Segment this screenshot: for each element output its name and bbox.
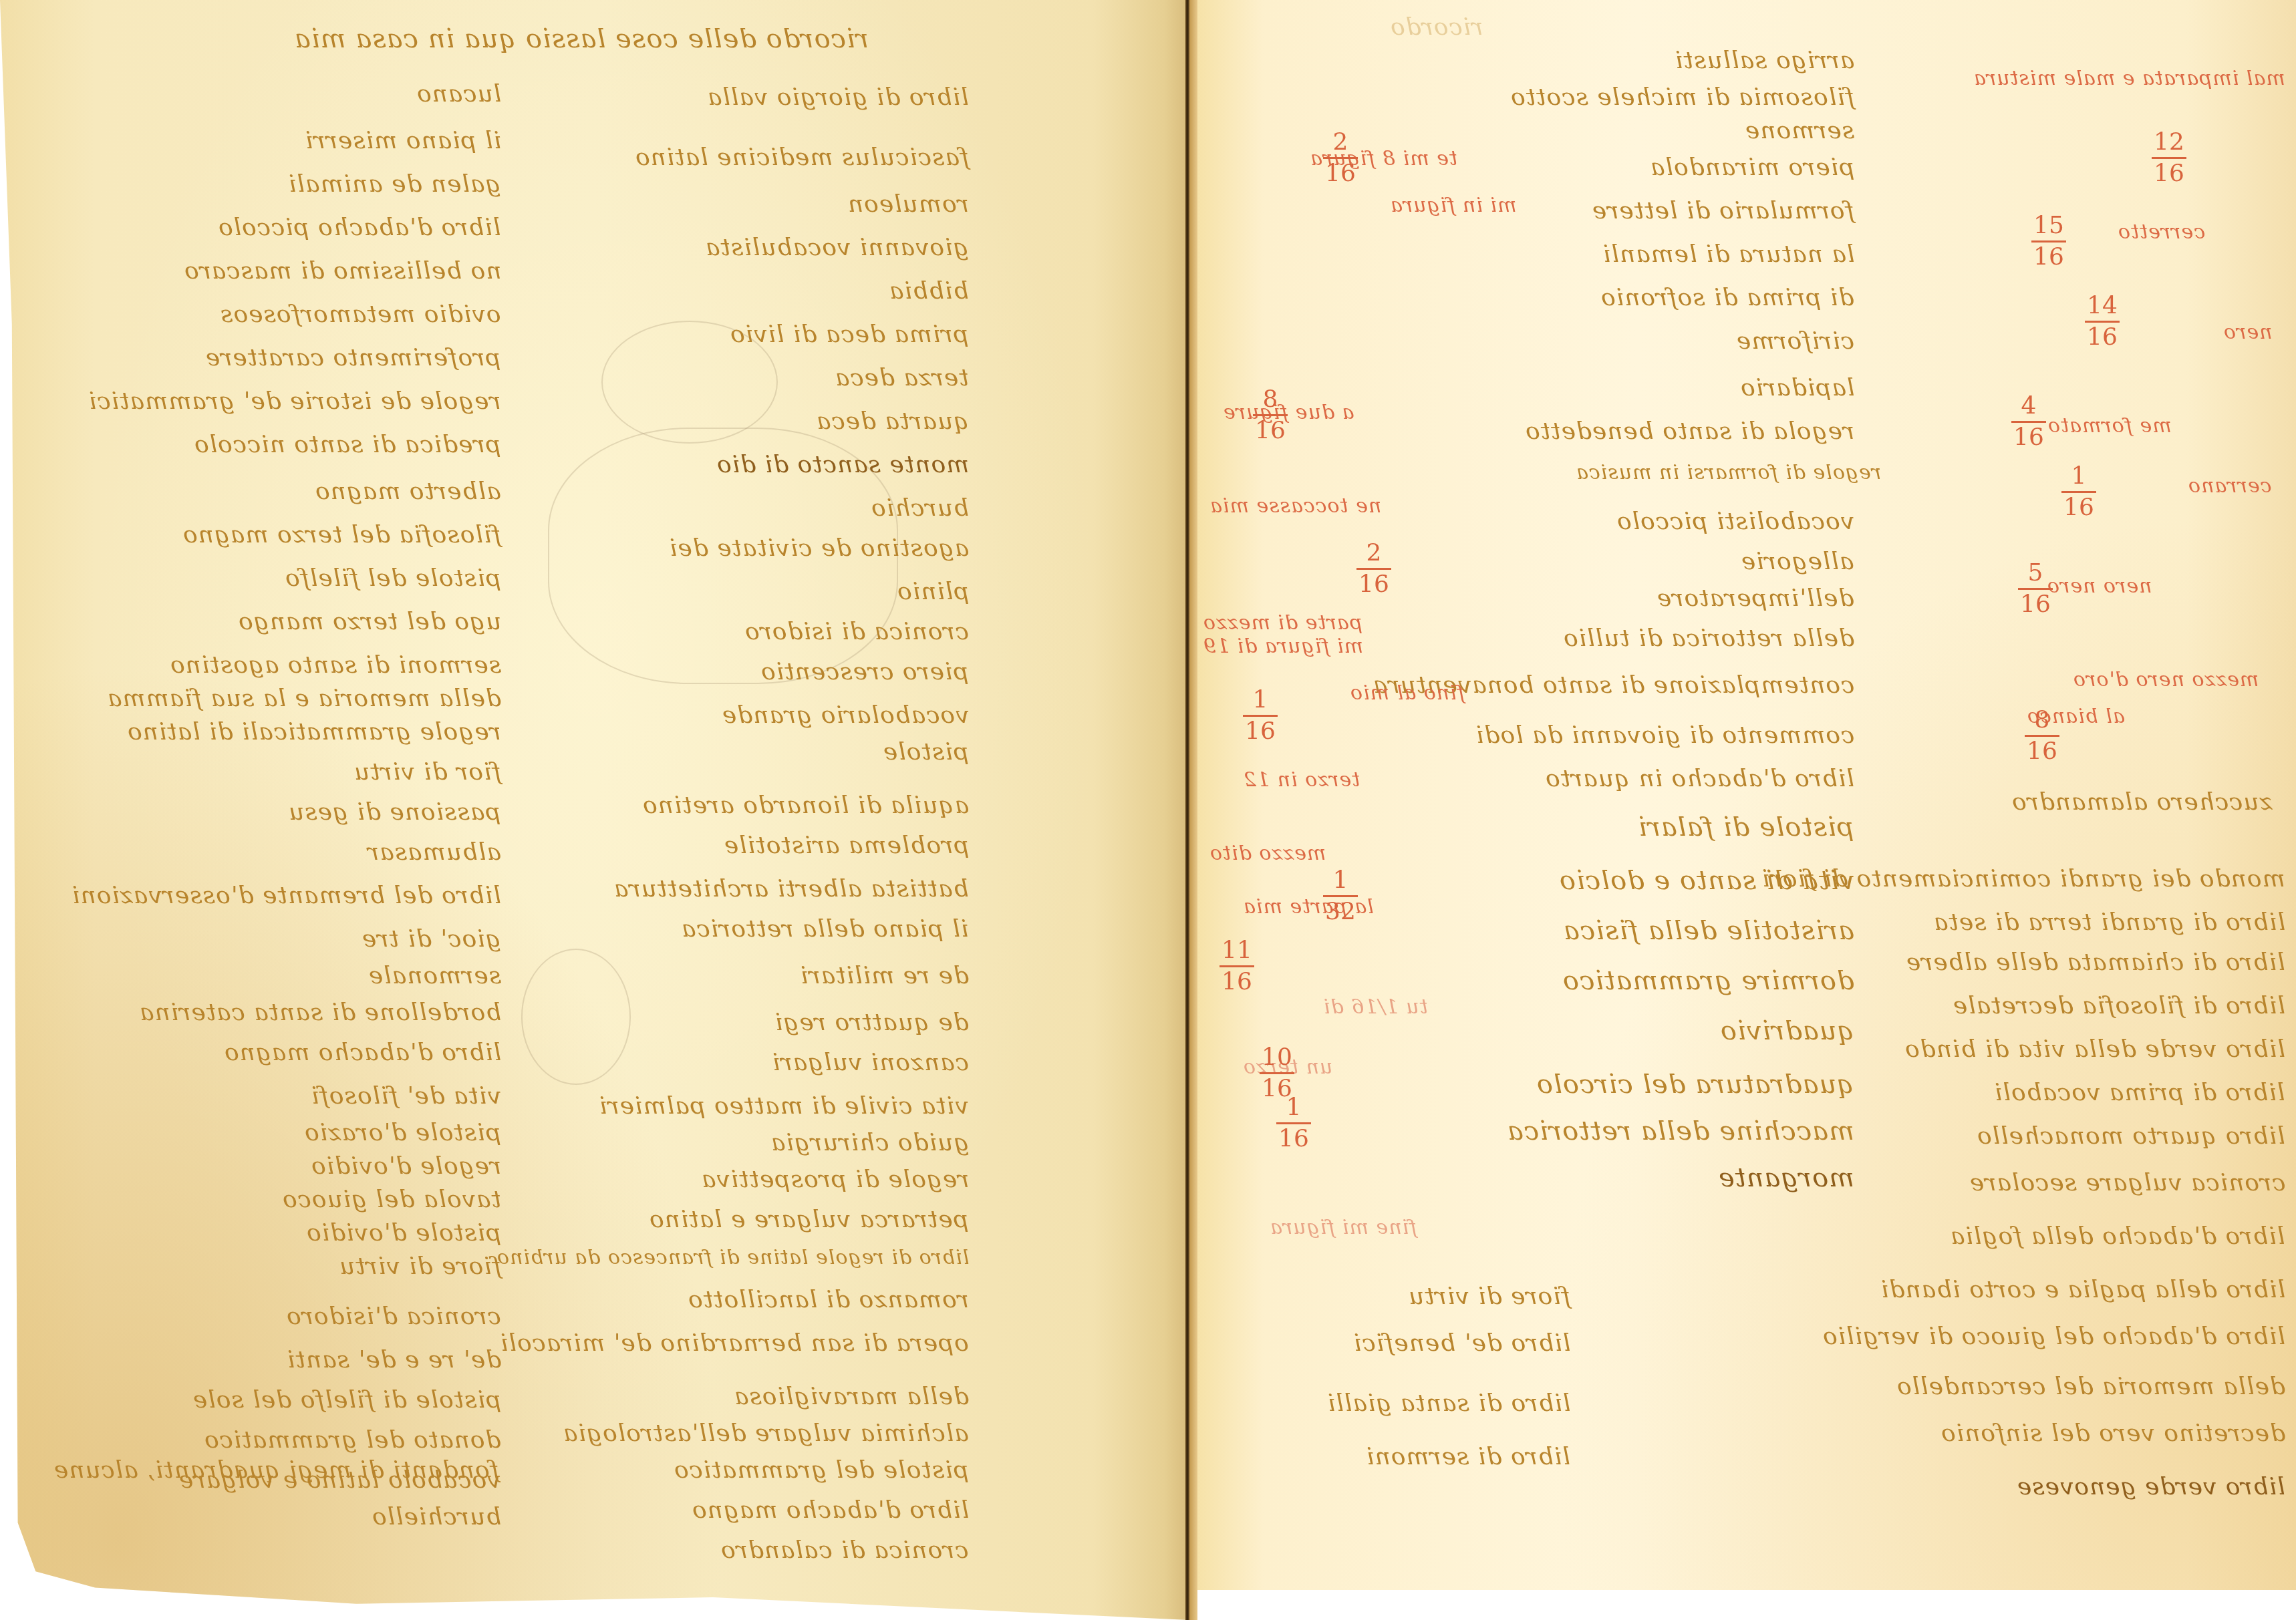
left-page-heading: ricordo delle cose lassio qua in casa mi… — [281, 23, 882, 54]
list-item: della maravigliosa — [734, 1383, 969, 1410]
list-item: terza deca — [835, 364, 969, 391]
list-item: de quattro regi — [774, 1009, 969, 1036]
numerator: 12 — [2154, 130, 2184, 154]
numerator: 15 — [2033, 214, 2064, 238]
list-item: guido chirurgia — [770, 1129, 969, 1156]
list-item: libro d'abacho magno — [692, 1496, 969, 1524]
left-page-bottom-note: fondanti di megi quadranti, alcune — [53, 1456, 499, 1484]
denominator: 32 — [1325, 900, 1356, 924]
list-item: sermone — [1745, 117, 1854, 144]
list-item: sermonale — [368, 962, 501, 989]
list-item: burchiello — [372, 1503, 501, 1530]
denominator: 16 — [2087, 325, 2118, 349]
list-item: libro d'abacho magno — [224, 1039, 501, 1066]
red-chalk-note: a due figure — [1223, 401, 1354, 424]
list-item: quarta deca — [816, 408, 969, 435]
list-item: battista alberti architettura — [613, 875, 969, 903]
list-item: la natura di lemanli — [1602, 240, 1854, 268]
list-item: pistole del filelfo — [285, 564, 501, 592]
fraction-bar — [1243, 715, 1278, 717]
list-item: della memoria del cercandello — [1896, 1373, 2285, 1400]
list-item: fior di virtu — [353, 758, 501, 786]
list-item: no bellissimo di mascaro — [184, 257, 502, 285]
fraction: 116 — [2061, 464, 2096, 520]
list-item: pistole d'ovidio — [306, 1219, 501, 1247]
fraction-bar — [2031, 240, 2066, 242]
fraction-bar — [2011, 421, 2046, 423]
list-item: petrarca vulgare e latino — [649, 1206, 969, 1233]
list-item: cronica d'isidoro — [286, 1303, 501, 1330]
fraction: 816 — [1253, 387, 1288, 443]
list-item: dormire grammatico — [1562, 965, 1854, 996]
list-item: libro de' benefici — [1353, 1329, 1570, 1357]
denominator: 16 — [1222, 970, 1252, 994]
list-item: sermoni di santo agostino — [170, 651, 501, 679]
list-item: opera di san bernardino de' miracoli — [500, 1329, 969, 1357]
denominator: 16 — [2020, 593, 2051, 617]
list-item: regole grammaticali di latino — [127, 718, 501, 746]
list-item: giovanni vocabulista — [705, 234, 969, 261]
list-item: vocabolisti piccolo — [1616, 508, 1854, 535]
list-item: libro di grandi terra di seta — [1933, 909, 2285, 936]
left-page — [0, 0, 1188, 1620]
denominator: 16 — [1278, 1127, 1309, 1151]
list-item: romuleon — [847, 190, 969, 218]
list-item: piero crescentio — [760, 658, 969, 685]
list-item: libro di santa gialli — [1327, 1390, 1570, 1417]
list-item: agostino de civitate dei — [669, 534, 969, 562]
list-item: arrigo sallusti — [1675, 47, 1854, 74]
list-item: prima deca di livio — [730, 321, 969, 348]
list-item: libro di giorgio valla — [707, 84, 969, 111]
red-chalk-note: terzo in 12 — [1243, 768, 1360, 792]
list-item: vocabolario grande — [722, 701, 969, 729]
list-item: il piano miserri — [305, 127, 501, 154]
red-chalk-note: fine mi figura — [1270, 1216, 1417, 1239]
red-chalk-note: mezzo nero d'oro — [2073, 668, 2259, 691]
list-item: libro di filosofia decretale — [1953, 992, 2285, 1019]
red-chalk-note: fino al mio — [1350, 681, 1465, 705]
denominator: 16 — [1255, 419, 1286, 443]
list-item: pistole d'orazio — [304, 1119, 501, 1146]
faint-sketch — [521, 949, 631, 1085]
list-item: libro d'abacho in quarto — [1545, 765, 1854, 792]
numerator: 2 — [1367, 541, 1382, 565]
list-item: donato del grammatico — [204, 1426, 501, 1454]
numerator: 8 — [2035, 708, 2050, 732]
list-item: alberto magno — [315, 478, 501, 505]
denominator: 16 — [1325, 162, 1356, 186]
list-item: pistole del grammatico — [674, 1456, 969, 1484]
list-item: regole di prospettiva — [701, 1166, 970, 1193]
numerator: 4 — [2021, 394, 2037, 418]
list-item: romanzo di lancillotto — [688, 1286, 969, 1313]
list-item: ugo del terzo mango — [238, 608, 501, 635]
fraction-bar — [1260, 1072, 1294, 1074]
list-item: quadrivio — [1720, 1015, 1854, 1046]
red-chalk-note: nero nero — [2047, 575, 2152, 598]
red-chalk-note: parte di mezzo — [1203, 611, 1362, 635]
list-item: aristotile della fisica — [1563, 915, 1854, 946]
list-item: libro d'abacho del giuoco di vergilio — [1822, 1323, 2285, 1350]
list-item: della memoria e la sua fiamma — [107, 685, 501, 712]
list-item: il piano della rettorica — [681, 915, 969, 943]
list-item: piero mirandola — [1650, 154, 1854, 181]
list-item: libro del bremante d'osservazioni — [71, 882, 501, 909]
list-item: morgante — [1718, 1162, 1854, 1193]
red-chalk-note: ne toccasse mia — [1209, 494, 1381, 518]
list-item: commento di giovanni da lodi — [1475, 721, 1854, 749]
red-chalk-note: mezzo dito — [1209, 842, 1326, 865]
denominator: 16 — [2027, 740, 2057, 764]
list-item: cronica di isidoro — [744, 618, 969, 645]
list-item: albumasar — [367, 838, 501, 866]
fraction: 416 — [2011, 394, 2046, 450]
list-item: quadratura del circolo — [1536, 1069, 1854, 1100]
list-item: pistole — [883, 738, 969, 766]
list-item: libro della paglia e corto ibandi — [1880, 1276, 2285, 1303]
list-item: plinio — [897, 578, 969, 605]
list-item: vita civile di matteo palmieri — [599, 1092, 969, 1120]
list-item: regole d'ovidio — [311, 1152, 501, 1180]
fraction-bar — [2018, 588, 2053, 590]
list-item: libro quarto monachello — [1977, 1122, 2285, 1150]
list-item: pistole di falari — [1638, 812, 1854, 842]
list-item: dell'imperatore — [1657, 585, 1854, 612]
list-item: lapidario — [1740, 374, 1854, 401]
list-item: cronica vulgare secolare — [1969, 1169, 2285, 1196]
numerator: 1 — [1253, 688, 1268, 712]
denominator: 16 — [1358, 573, 1389, 597]
list-item: regole de istorie de' grammatici — [88, 387, 501, 415]
fraction: 516 — [2018, 561, 2053, 617]
list-item: macchine della rettorica — [1507, 1116, 1854, 1146]
list-item: filosomia di michele scotto — [1510, 84, 1854, 111]
list-item: libro di sermoni — [1366, 1443, 1570, 1470]
numerator: 2 — [1333, 130, 1348, 154]
list-item: de' re e de' santi — [287, 1346, 501, 1373]
numerator: 8 — [1263, 387, 1278, 412]
fraction: 1216 — [2152, 130, 2186, 186]
list-item: gioc' di tre — [362, 925, 501, 953]
list-item: libro di chiamata delle albere — [1906, 949, 2285, 976]
red-chalk-note: nero — [2223, 321, 2272, 344]
numerator: 1 — [1286, 1096, 1302, 1120]
list-item: cronica di calandro — [720, 1536, 969, 1564]
numerator: 10 — [1262, 1045, 1292, 1070]
list-item: galen de animali — [288, 170, 501, 198]
list-item: alchimia vulgare dell'astrologia — [563, 1420, 969, 1447]
list-item: allegorie — [1741, 548, 1854, 575]
red-chalk-note: cerretto — [2118, 220, 2205, 244]
fraction-bar — [2085, 321, 2120, 323]
fraction-bar — [2061, 491, 2096, 493]
list-item: ciriforme — [1736, 327, 1854, 355]
list-item: pistole di filelfo del sole — [192, 1386, 501, 1414]
fraction-bar — [1323, 895, 1358, 897]
list-item: fiore di virtu — [339, 1253, 501, 1280]
list-item: fasciculus medicine latino — [635, 144, 969, 171]
red-chalk-note: mi figura di 19 — [1203, 635, 1363, 658]
list-item: de re militari — [800, 962, 969, 989]
denominator: 16 — [2063, 496, 2094, 520]
fraction: 116 — [1276, 1096, 1311, 1151]
fraction: 1016 — [1260, 1045, 1294, 1101]
fraction: 1416 — [2085, 294, 2120, 349]
fraction-bar — [1276, 1122, 1311, 1124]
red-chalk-note: cerrano — [2188, 474, 2272, 498]
list-item: fiore di virtu — [1408, 1283, 1570, 1310]
fraction-bar — [2152, 157, 2186, 159]
fraction: 1116 — [1219, 939, 1254, 994]
fraction: 132 — [1323, 868, 1358, 924]
list-item: libro verde genovese — [2017, 1473, 2285, 1500]
list-item: di prima di sofronio — [1600, 284, 1854, 311]
numerator: 1 — [1333, 868, 1348, 893]
list-item: libro d'abacho piccolo — [218, 214, 501, 241]
fraction-bar — [1219, 965, 1254, 967]
numerator: 14 — [2087, 294, 2118, 318]
list-item: passione di gesu — [288, 798, 501, 826]
red-chalk-note: tu 1/16 di — [1323, 995, 1428, 1019]
list-item: aquila di lionardo aretino — [642, 792, 969, 819]
list-item: bibbia — [889, 277, 969, 305]
manuscript-spread: ricordo delle cose lassio qua in casa mi… — [0, 0, 2296, 1620]
denominator: 16 — [2154, 162, 2184, 186]
numerator: 1 — [2071, 464, 2087, 488]
list-item: burchio — [871, 494, 969, 522]
fraction: 216 — [1356, 541, 1391, 597]
red-chalk-note: mal imparata e male mistura — [1973, 67, 2285, 90]
list-item: tavola del giuoco — [282, 1186, 501, 1213]
list-item: libro d'abacho della foglia — [1950, 1223, 2285, 1250]
numerator: 11 — [1222, 939, 1252, 963]
list-item: formulario di lettere — [1592, 197, 1854, 224]
denominator: 16 — [2013, 426, 2044, 450]
list-item: problema aristotile — [724, 832, 969, 859]
list-item: decretino vero del sinfonio — [1941, 1420, 2285, 1447]
page-edge — [1189, 0, 1197, 1620]
fraction: 116 — [1243, 688, 1278, 744]
fraction: 1516 — [2031, 214, 2066, 269]
list-item: zucchero alamandro — [2011, 788, 2272, 816]
list-item: libro di regole latine di francesco da u… — [496, 1246, 969, 1269]
numerator: 5 — [2028, 561, 2043, 585]
list-item: libro verde della vita di bindo — [1904, 1035, 2285, 1063]
list-item: regole di formarsi in musica — [1576, 461, 1881, 484]
fraction-bar — [1356, 568, 1391, 570]
fraction-bar — [1323, 157, 1358, 159]
list-item: della rettorica di tullio — [1563, 625, 1854, 652]
list-item: predica di santo niccolo — [194, 431, 501, 458]
fraction: 816 — [2025, 708, 2059, 764]
list-item: regola di santo benedetto — [1525, 418, 1854, 445]
list-item: ovidio metamorfoseos — [220, 301, 501, 328]
fraction-bar — [1253, 414, 1288, 416]
denominator: 16 — [2033, 245, 2064, 269]
list-item: vita de' filosofi — [311, 1082, 501, 1110]
list-item: mondo dei grandi cominciamento di fiori — [1761, 865, 2285, 893]
list-item: bordellone di santa caterina — [139, 999, 501, 1026]
list-item: proferimento carattere — [205, 344, 501, 371]
fraction-bar — [2025, 735, 2059, 737]
list-item: canzoni vulgari — [772, 1049, 969, 1076]
page-backdrop — [1197, 1590, 2296, 1620]
denominator: 16 — [1245, 719, 1276, 744]
list-item: monte sancto di dio — [716, 451, 969, 478]
list-item: libro di prima vocaboli — [1994, 1079, 2285, 1106]
list-item: filosofia del terzo magno — [182, 521, 501, 548]
red-chalk-note: mi in figura — [1390, 194, 1516, 217]
fraction: 216 — [1323, 130, 1358, 186]
red-chalk-note: me formato — [2047, 414, 2172, 438]
list-item: lucano — [416, 80, 501, 108]
right-page-faint-header: ricordo — [1390, 13, 1483, 41]
